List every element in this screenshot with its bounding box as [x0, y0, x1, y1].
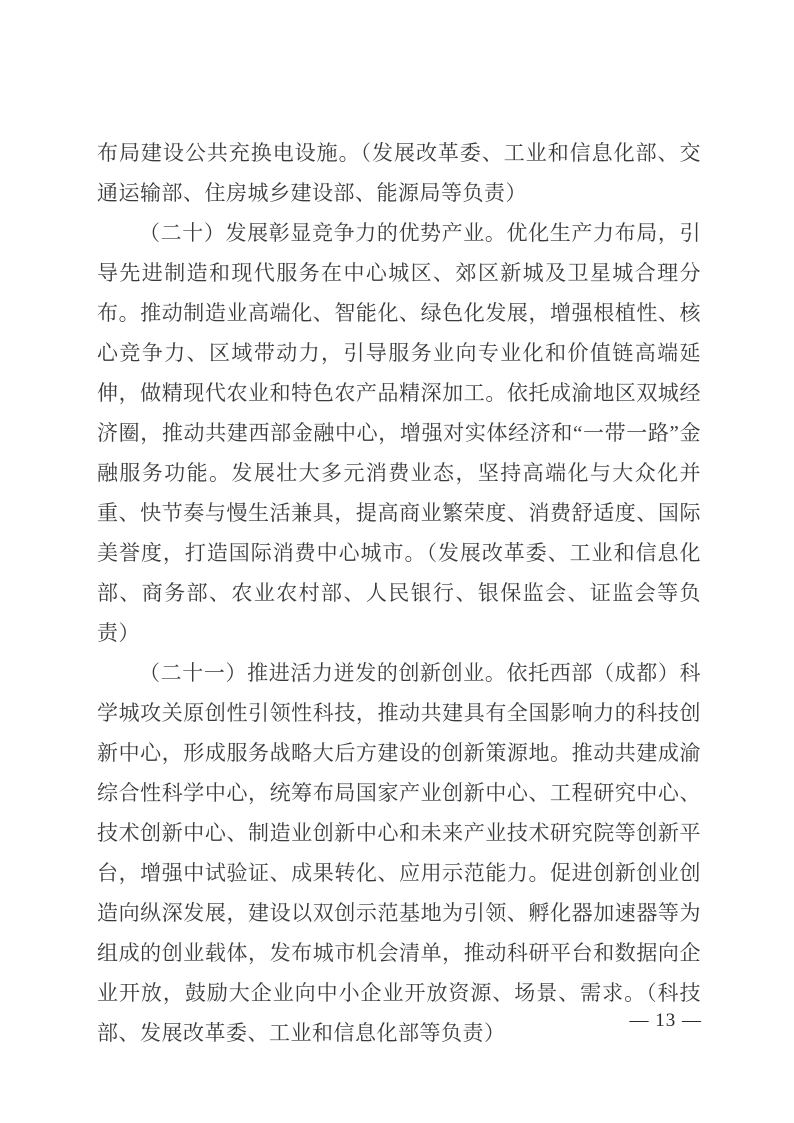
paragraph-continuation: 布局建设公共充换电设施。（发展改革委、工业和信息化部、交通运输部、住房城乡建设部… [97, 133, 701, 213]
page-number: — 13 — [630, 1008, 703, 1034]
paragraph-section-21: （二十一）推进活力迸发的创新创业。依托西部（成都）科学城攻关原创性引领性科技，推… [97, 653, 701, 1053]
paragraph-section-20: （二十）发展彰显竞争力的优势产业。优化生产力布局，引导先进制造和现代服务在中心城… [97, 213, 701, 653]
document-page: 布局建设公共充换电设施。（发展改革委、工业和信息化部、交通运输部、住房城乡建设部… [0, 0, 794, 1123]
document-body-text: 布局建设公共充换电设施。（发展改革委、工业和信息化部、交通运输部、住房城乡建设部… [97, 133, 701, 1053]
